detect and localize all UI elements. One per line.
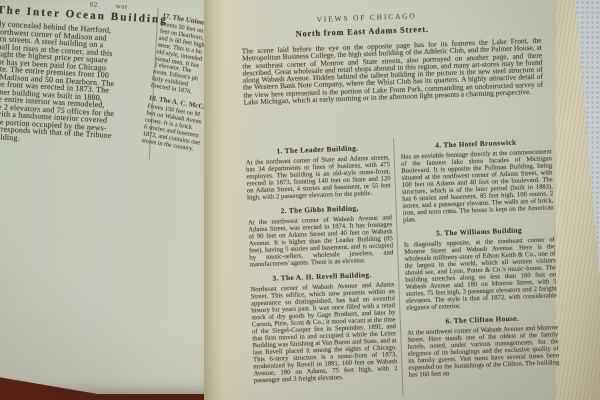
building-entry: 2. The Gibbs Building, At the northwest … <box>248 203 394 268</box>
right-page-column-2: 4. The Hotel Brunswick Has an enviable f… <box>400 130 561 399</box>
intro-paragraph: The scene laid before the eye on the opp… <box>242 37 544 106</box>
building-entry: 5. The Williams Building Is diagonally o… <box>403 225 557 311</box>
left-page-content: 02.was The Inter Ocean Building rly conc… <box>0 0 218 400</box>
inter-ocean-building-text: rly concealed behind the Hartford, north… <box>0 20 159 149</box>
right-page-content: VIEWS OF CHICAGO North from East Adams S… <box>236 0 566 400</box>
book-photo: 02.was The Inter Ocean Building rly conc… <box>0 0 600 400</box>
two-column-area: 1. The Leader Building. At the northeast… <box>245 130 560 400</box>
entry-4-text: Has an enviable frontage directly at the… <box>401 148 554 223</box>
building-entry: 3. The A. H. Revell Building. Northeast … <box>250 270 398 384</box>
building-entry: 4. The Hotel Brunswick Has an enviable f… <box>400 137 554 223</box>
entry-3-text: Northeast corner of Wabash Avenue and Ad… <box>250 281 397 384</box>
building-entry: 6. The Clifton House. At the northwest c… <box>407 313 560 378</box>
entry-5-text: Is diagonally opposite, at the southeast… <box>404 236 557 311</box>
entry-2-text: At the northwest corner of Wabash Avenue… <box>248 214 394 268</box>
fragment-text: 02. <box>90 0 100 9</box>
right-page-column-1: 1. The Leader Building. At the northeast… <box>245 136 399 400</box>
right-page: VIEWS OF CHICAGO North from East Adams S… <box>204 0 556 400</box>
entry-1-text: At the northeast corner of State and Ada… <box>246 154 391 201</box>
building-entry: 1. The Leader Building. At the northeast… <box>245 143 391 201</box>
left-page: 02.was The Inter Ocean Building rly conc… <box>0 0 222 394</box>
entry-6-text: At the northwest corner of Wabash Avenue… <box>407 324 560 379</box>
fragment-text: was <box>115 2 127 11</box>
